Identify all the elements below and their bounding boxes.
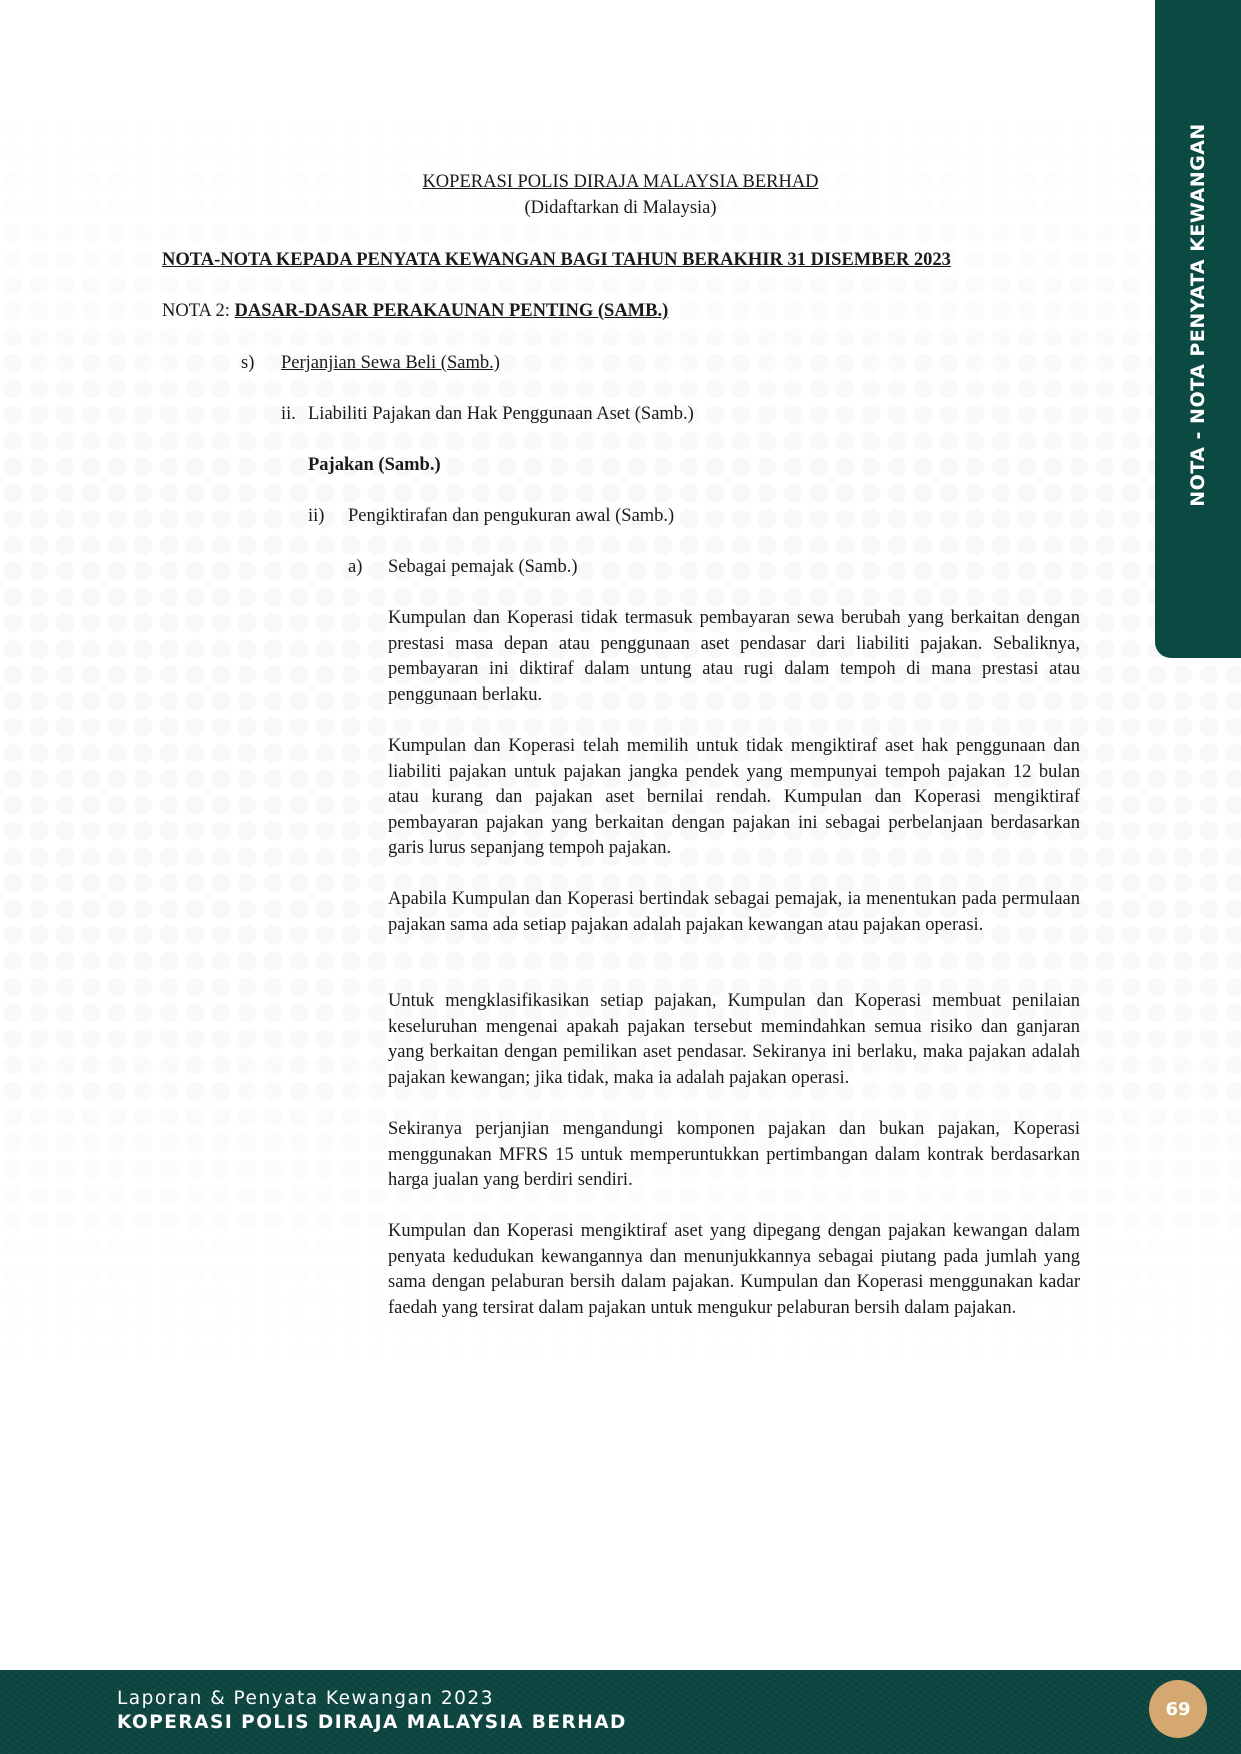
item-ii-marker: ii. (281, 402, 296, 428)
notes-title: NOTA-NOTA KEPADA PENYATA KEWANGAN BAGI T… (162, 248, 951, 274)
paragraph: Apabila Kumpulan dan Koperasi bertindak … (388, 887, 1080, 938)
organization-name: KOPERASI POLIS DIRAJA MALAYSIA BERHAD (117, 1712, 627, 1733)
page-number: 69 (1165, 1699, 1190, 1720)
pajakan-heading: Pajakan (Samb.) (308, 453, 441, 479)
item-s-title: Perjanjian Sewa Beli (Samb.) (281, 351, 500, 377)
item-a-marker: a) (348, 555, 362, 581)
note-prefix: NOTA 2: (162, 301, 230, 321)
registration-note: (Didaftarkan di Malaysia) (0, 196, 1241, 222)
sub-ii-title: Pengiktirafan dan pengukuran awal (Samb.… (348, 504, 674, 530)
item-a-title: Sebagai pemajak (Samb.) (388, 555, 578, 581)
paragraph: Kumpulan dan Koperasi telah memilih untu… (388, 734, 1080, 862)
note-heading: NOTA 2: DASAR-DASAR PERAKAUNAN PENTING (… (162, 299, 668, 325)
company-name: KOPERASI POLIS DIRAJA MALAYSIA BERHAD (0, 170, 1241, 196)
paragraph: Kumpulan dan Koperasi tidak termasuk pem… (388, 606, 1080, 708)
page-number-badge: 69 (1149, 1680, 1207, 1738)
page-footer: Laporan & Penyata Kewangan 2023 KOPERASI… (0, 1670, 1241, 1754)
item-s-marker: s) (241, 351, 254, 377)
paragraph: Sekiranya perjanjian mengandungi kompone… (388, 1117, 1080, 1194)
sub-ii-marker: ii) (308, 504, 324, 530)
note-title: DASAR-DASAR PERAKAUNAN PENTING (SAMB.) (235, 301, 669, 321)
report-title: Laporan & Penyata Kewangan 2023 (117, 1688, 494, 1709)
paragraph: Untuk mengklasifikasikan setiap pajakan,… (388, 989, 1080, 1091)
section-tab-label: NOTA - NOTA PENYATA KEWANGAN (1187, 123, 1209, 507)
paragraph: Kumpulan dan Koperasi mengiktiraf aset y… (388, 1219, 1080, 1321)
section-side-tab: NOTA - NOTA PENYATA KEWANGAN (1155, 0, 1241, 658)
item-ii-title: Liabiliti Pajakan dan Hak Penggunaan Ase… (308, 402, 694, 428)
